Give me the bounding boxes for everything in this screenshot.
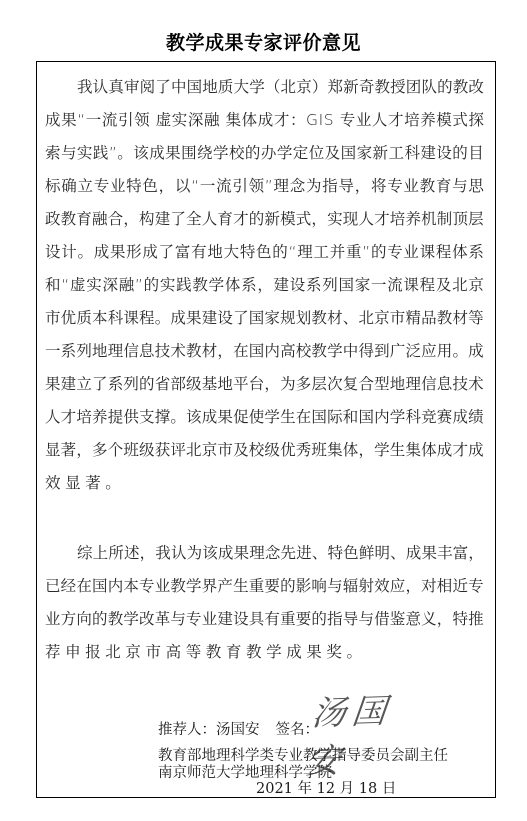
text-line: 果建立了系列的省部级基地平台，为多层次复合型地理信息技术 — [45, 373, 484, 395]
text-line: 和“虚实深融”的实践教学体系，建设系列国家一流课程及北京 — [45, 274, 484, 296]
text-line: 业方向的教学改革与专业建设具有重要的指导与借鉴意义，特推 — [45, 608, 484, 630]
handwritten-signature: 汤国安 — [309, 686, 430, 738]
text-line: 一系列地理信息技术教材，在国内高校教学中得到广泛应用。成 — [45, 340, 484, 362]
recommender-affiliation: 南京师范大学地理科学学院 — [158, 765, 332, 782]
text-line: 标确立专业特色，以“一流引领”理念为指导，将专业教育与思 — [45, 175, 484, 197]
text-line: 成果“一流引领 虚实深融 集体成才：GIS 专业人才培养模式探 — [45, 109, 484, 131]
text-line: 荐申报北京市高等教育教学成果奖。 — [45, 641, 484, 663]
text-line: 效显著。 — [45, 472, 484, 494]
text-line: 人才培养提供支撑。该成果促使学生在国际和国内学科竞赛成绩 — [45, 406, 484, 428]
text-line: 综上所述，我认为该成果理念先进、特色鲜明、成果丰富， — [77, 542, 484, 564]
text-line: 市优质本科课程。成果建设了国家规划教材、北京市精品教材等 — [45, 307, 484, 329]
text-line: 政教育融合，构建了全人育才的新模式，实现人才培养机制顶层 — [45, 208, 484, 230]
text-line: 索与实践”。该成果围绕学校的办学定位及国家新工科建设的目 — [45, 142, 484, 164]
text-line: 设计。成果形成了富有地大特色的“理工并重”的专业课程体系 — [45, 241, 484, 263]
date: 2021 年 12 月 18 日 — [256, 781, 396, 798]
text-line: 显著，多个班级获评北京市及校级优秀班集体，学生集体成才成 — [45, 439, 484, 461]
document-title: 教学成果专家评价意见 — [0, 31, 527, 55]
text-line: 我认真审阅了中国地质大学（北京）郑新奇教授团队的教改 — [77, 76, 484, 98]
recommender-position: 教育部地理科学类专业教学指导委员会副主任 — [158, 748, 448, 765]
recommender-line: 推荐人：汤国安签名： — [158, 722, 319, 739]
text-line: 已经在国内本专业教学界产生重要的影响与辐射效应，对相近专 — [45, 575, 484, 597]
recommender-label: 推荐人：汤国安 — [158, 722, 260, 738]
